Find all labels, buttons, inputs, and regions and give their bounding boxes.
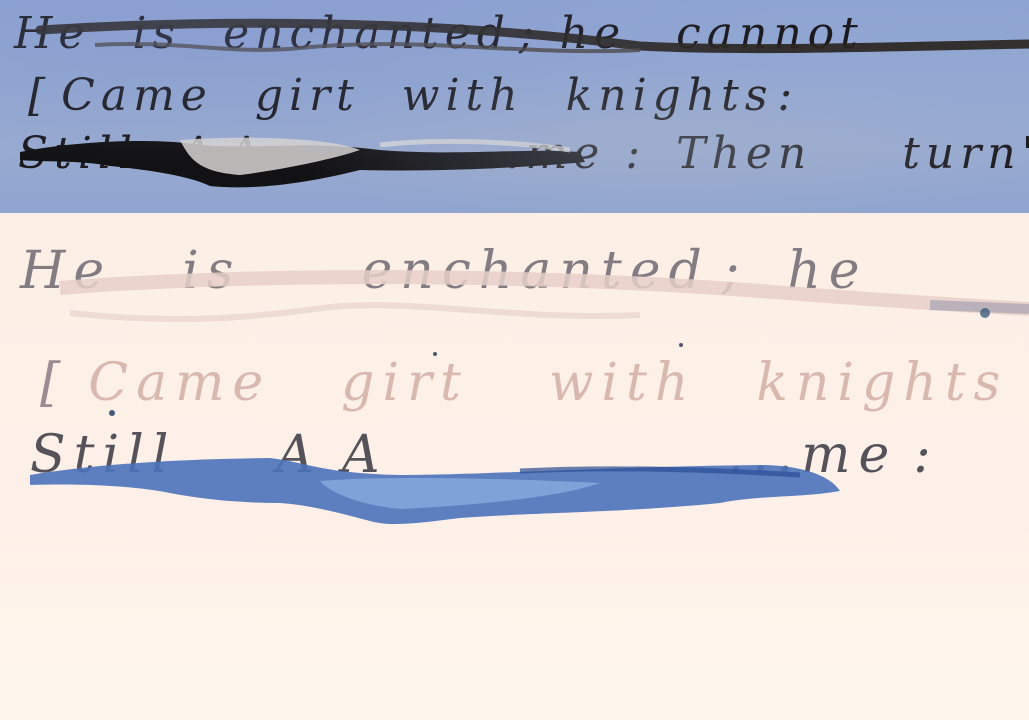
word: knights	[566, 70, 774, 121]
bracket-mark: [	[28, 70, 51, 121]
word: cannot	[676, 8, 864, 59]
manuscript-line-2: [Camegirtwithknights:	[28, 70, 840, 121]
word: knights	[756, 353, 1008, 413]
word: Came	[61, 70, 213, 121]
word: Came	[88, 353, 271, 413]
word: Still	[30, 425, 176, 485]
word: A	[276, 425, 322, 485]
processed-line-2: [Camegirtwithknights	[40, 353, 1029, 413]
word: ;	[722, 241, 748, 301]
word: A	[342, 425, 388, 485]
processed-line-1: Heisenchanted;he	[20, 241, 910, 301]
word: :	[777, 70, 798, 121]
word: ;	[519, 8, 540, 59]
word: is	[182, 241, 241, 301]
manuscript-line-1: Heisenchanted;hecannot	[14, 8, 906, 59]
word: A	[180, 128, 218, 179]
word: ...me	[728, 425, 898, 485]
word: turn'd	[902, 128, 1029, 179]
processed-line-3: StillAA...me:	[30, 425, 981, 485]
word: He	[14, 8, 90, 59]
word: Then	[676, 128, 812, 179]
word: enchanted	[223, 8, 511, 59]
word: with	[549, 353, 697, 413]
word: girt	[255, 70, 360, 121]
bracket-mark: [	[40, 353, 68, 413]
word: :	[625, 128, 646, 179]
word: he	[560, 8, 626, 59]
word: with	[402, 70, 524, 121]
word: is	[132, 8, 181, 59]
word: girt	[341, 353, 469, 413]
word: Still	[18, 128, 138, 179]
manuscript-line-3: StillAA...me:Thenturn'd	[18, 128, 1029, 179]
word: enchanted	[361, 241, 709, 301]
word: He	[20, 241, 112, 301]
word: :	[913, 425, 939, 485]
word: ...me	[466, 128, 606, 179]
original-manuscript-panel: Heisenchanted;hecannot [Camegirtwithknig…	[0, 0, 1029, 213]
processed-manuscript-panel: Heisenchanted;he [Camegirtwithknights St…	[0, 213, 1029, 720]
word: he	[787, 241, 867, 301]
word: A	[228, 128, 266, 179]
